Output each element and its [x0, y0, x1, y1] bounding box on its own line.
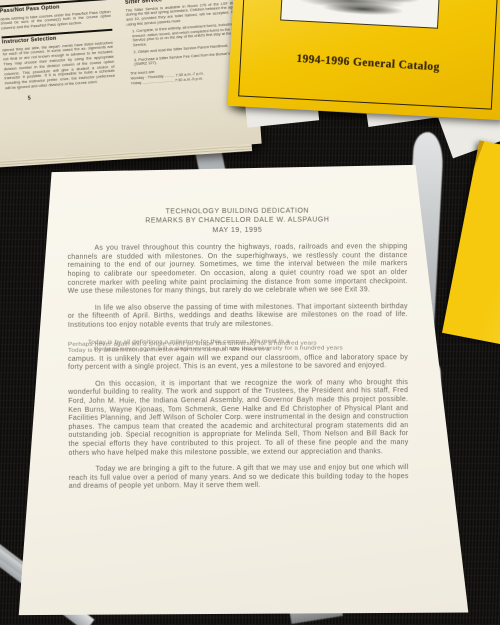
paragraph: On this occasion, it is important that w…: [68, 379, 408, 458]
paragraph: campus. It is unlikely that ever again w…: [68, 354, 408, 373]
page-number: 5: [28, 89, 117, 101]
general-catalog-book: 1994-1996 General Catalog: [228, 0, 500, 120]
paragraph: Today we are bringing a gift to the futu…: [69, 464, 409, 492]
paragraph: As you travel throughout this country th…: [67, 243, 407, 296]
section-body: istered they are able, the depart- ments…: [2, 40, 115, 91]
catalog-page-left-column: Pass/Not Pass Option dents wishing to ta…: [0, 0, 116, 103]
speech-text-block: TECHNOLOGY BUILDING DEDICATION REMARKS B…: [67, 206, 409, 500]
catalog-page: Pass/Not Pass Option dents wishing to ta…: [0, 0, 262, 164]
overprinted-misprint-lines: Today is by all definitions a milestone …: [68, 337, 408, 355]
document-title: TECHNOLOGY BUILDING DEDICATION REMARKS B…: [67, 206, 407, 236]
speech-document: TECHNOLOGY BUILDING DEDICATION REMARKS B…: [16, 163, 472, 617]
paragraph: In life we also observe the passing of t…: [68, 303, 408, 331]
overprint-line: Today is by all definitions a milestone …: [68, 346, 270, 355]
photo-scene: Pass/Not Pass Option dents wishing to ta…: [0, 0, 500, 625]
title-line: MAY 19, 1995: [67, 225, 407, 236]
